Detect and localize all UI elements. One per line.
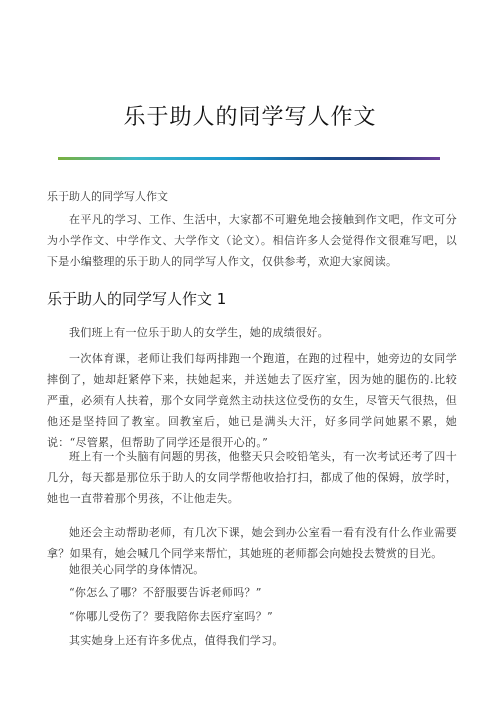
body-paragraph: 班上有一个头脑有问题的男孩，他整天只会咬铅笔头，有一次考试还考了四十几分，每天都… (47, 446, 457, 509)
body-paragraph: 她很关心同学的身体情况。 (69, 561, 205, 577)
quote-line: “你哪儿受伤了？要我陪你去医疗室吗？” (69, 608, 273, 624)
section-heading: 乐于助人的同学写人作文 1 (47, 288, 226, 309)
document-subtitle: 乐于助人的同学写人作文 (47, 188, 168, 204)
document-title: 乐于助人的同学写人作文 (0, 100, 500, 131)
body-paragraph: 她还会主动帮助老师，有几次下课，她会到办公室看一看有没有什么作业需要拿？如果有，… (47, 522, 457, 564)
body-paragraph: 其实她身上还有许多优点，值得我们学习。 (69, 632, 284, 648)
body-paragraph: 我们班上有一位乐于助人的女学生，她的成绩很好。 (47, 322, 457, 343)
quote-line: “你怎么了哪？不舒服要告诉老师吗？” (69, 584, 262, 600)
intro-paragraph: 在平凡的学习、工作、生活中，大家都不可避免地会接触到作文吧，作文可分为小学作文、… (47, 209, 457, 272)
document-page: 乐于助人的同学写人作文 乐于助人的同学写人作文 在平凡的学习、工作、生活中，大家… (0, 0, 500, 708)
body-paragraph: 一次体育课，老师让我们每两排跑一个跑道，在跑的过程中，她旁边的女同学摔倒了，她却… (47, 348, 457, 453)
gradient-divider (58, 157, 440, 160)
